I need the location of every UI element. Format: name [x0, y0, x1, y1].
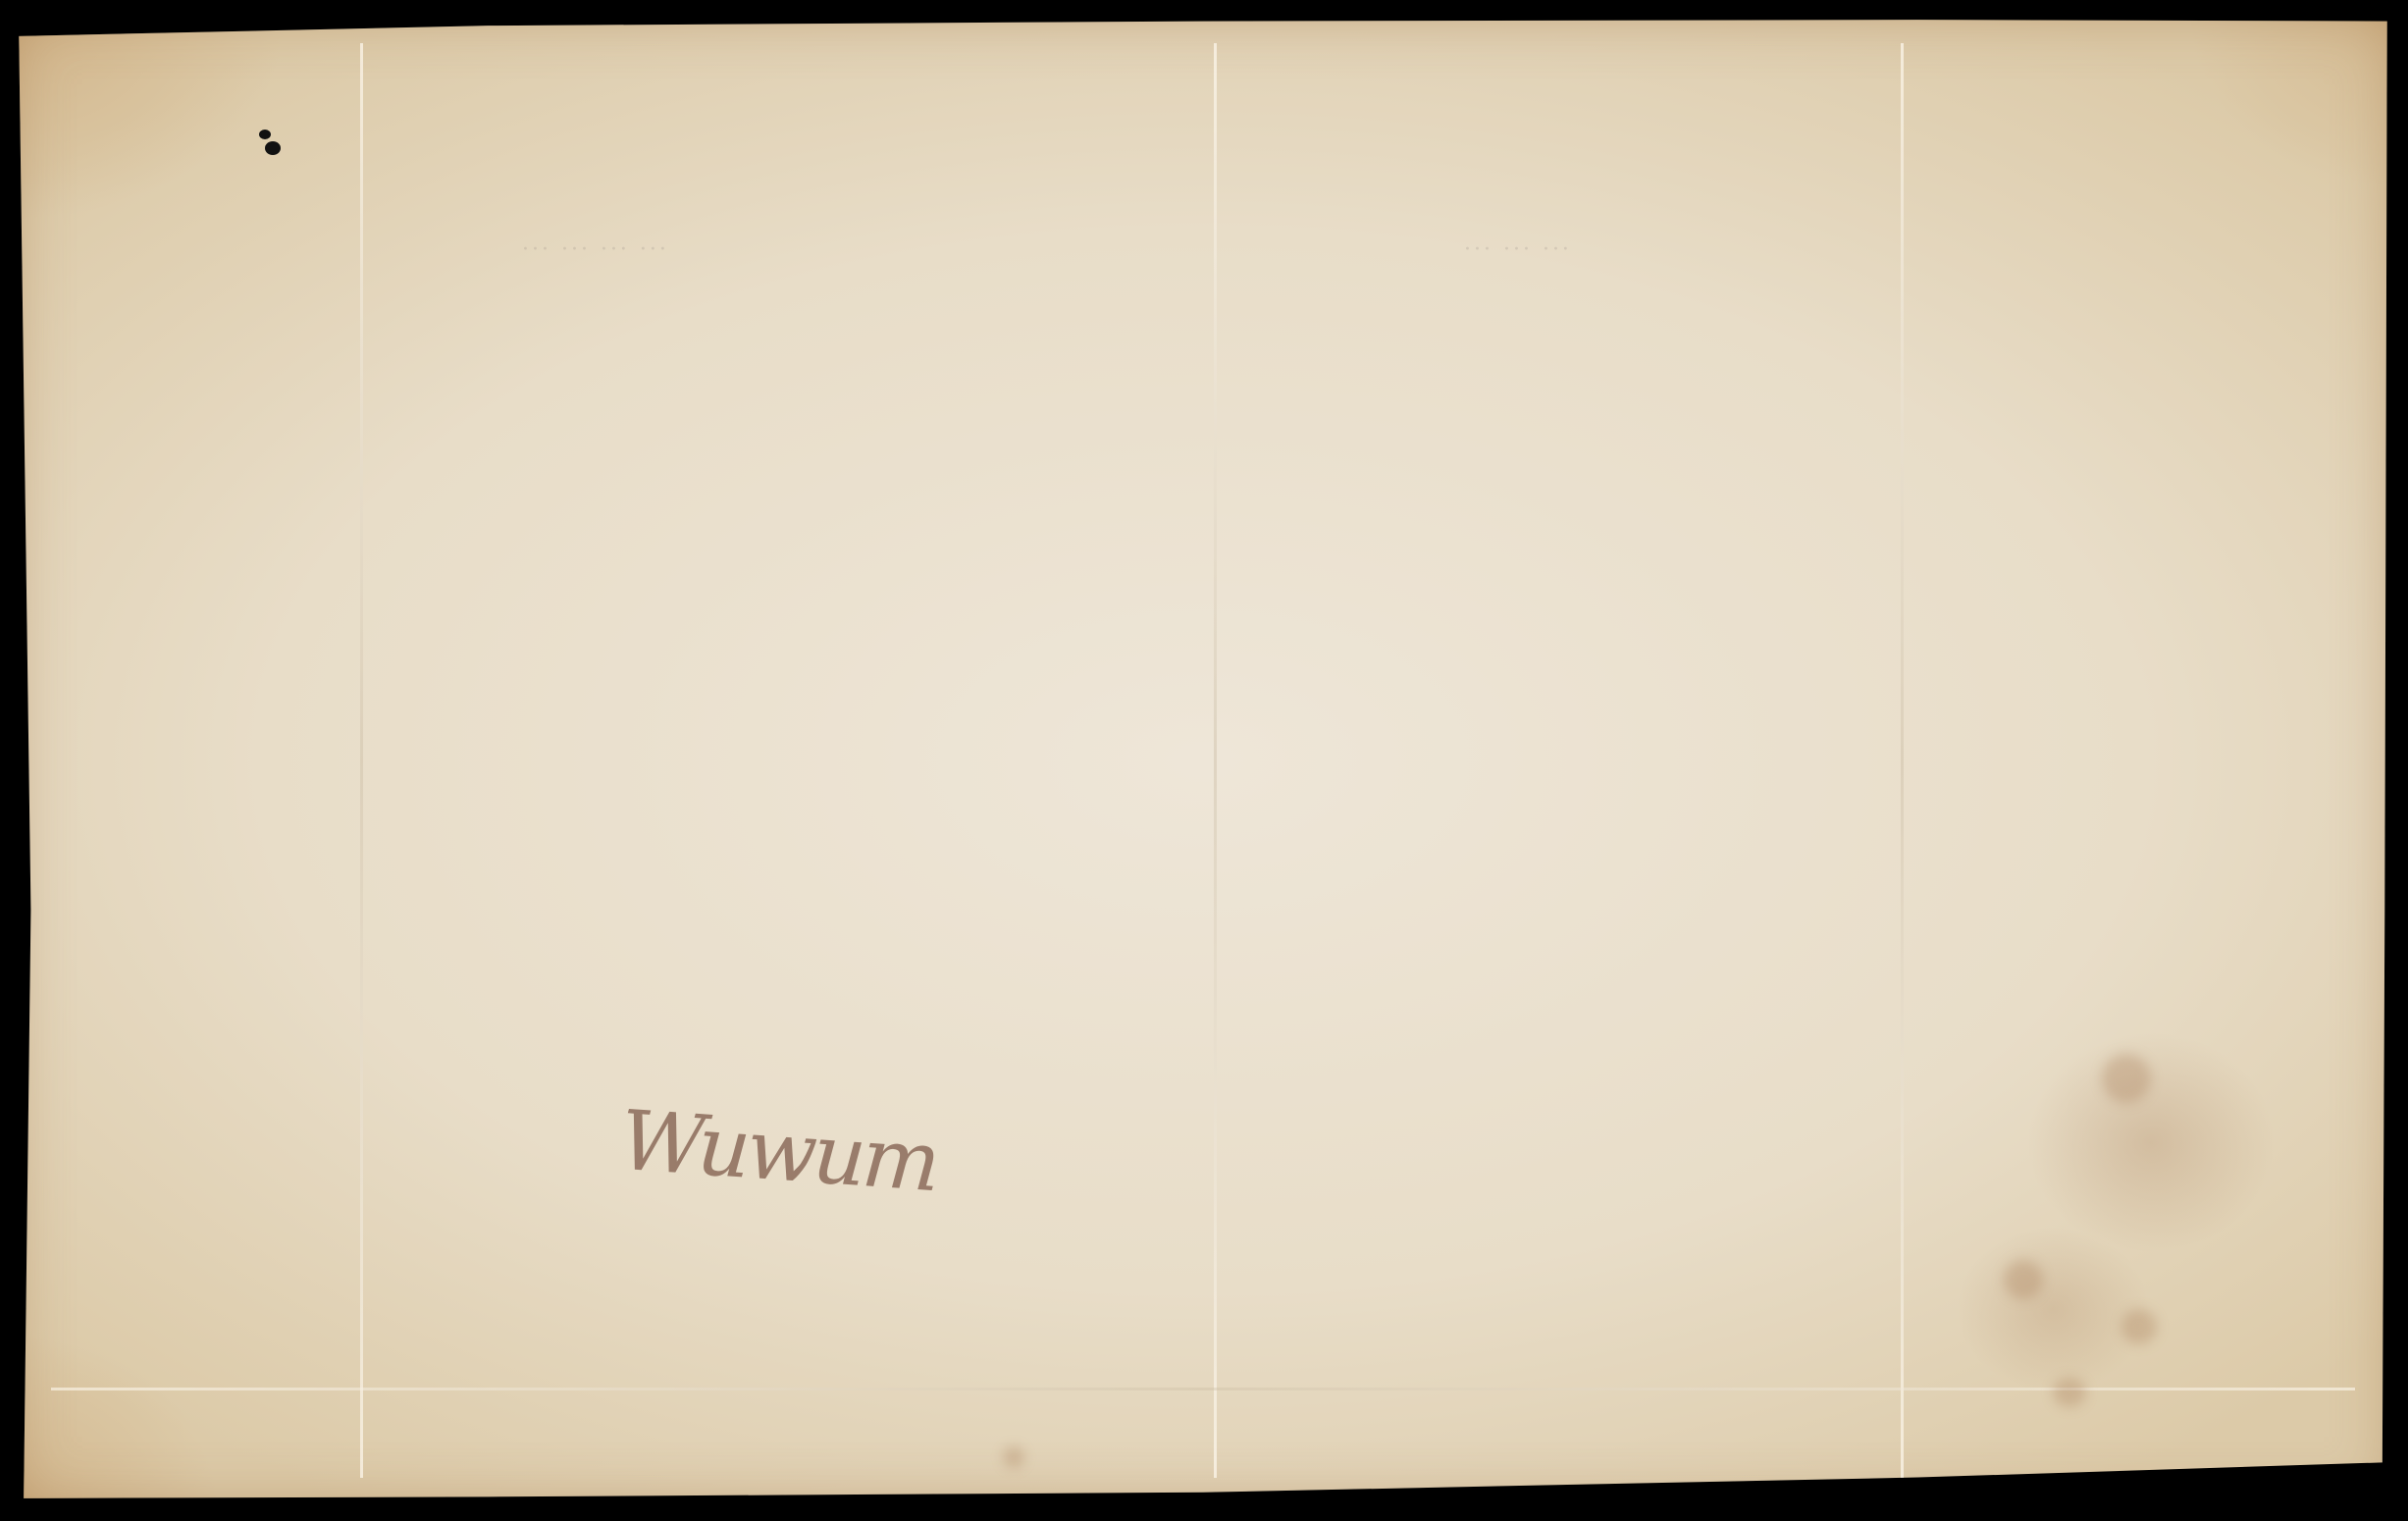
paper-sheet: ··· ··· ··· ··· ··· ··· ··· Wuwum	[12, 14, 2394, 1507]
vertical-fold-line	[1214, 43, 1217, 1478]
horizontal-fold-line	[51, 1388, 2355, 1390]
foxing-stain	[2053, 1378, 2086, 1407]
foxing-stain	[2121, 1309, 2157, 1344]
paper-hole	[259, 130, 271, 139]
foxing-stain	[2004, 1260, 2043, 1299]
bleed-through-text: ··· ··· ··· ···	[522, 237, 669, 262]
ink-signature: Wuwum	[617, 1092, 940, 1210]
bleed-through-text: ··· ··· ···	[1464, 237, 1572, 262]
vertical-fold-line	[1901, 43, 1904, 1478]
foxing-stain	[2102, 1054, 2151, 1103]
vertical-fold-line	[360, 43, 363, 1478]
paper-hole	[265, 141, 281, 155]
foxing-stain	[1003, 1446, 1024, 1468]
